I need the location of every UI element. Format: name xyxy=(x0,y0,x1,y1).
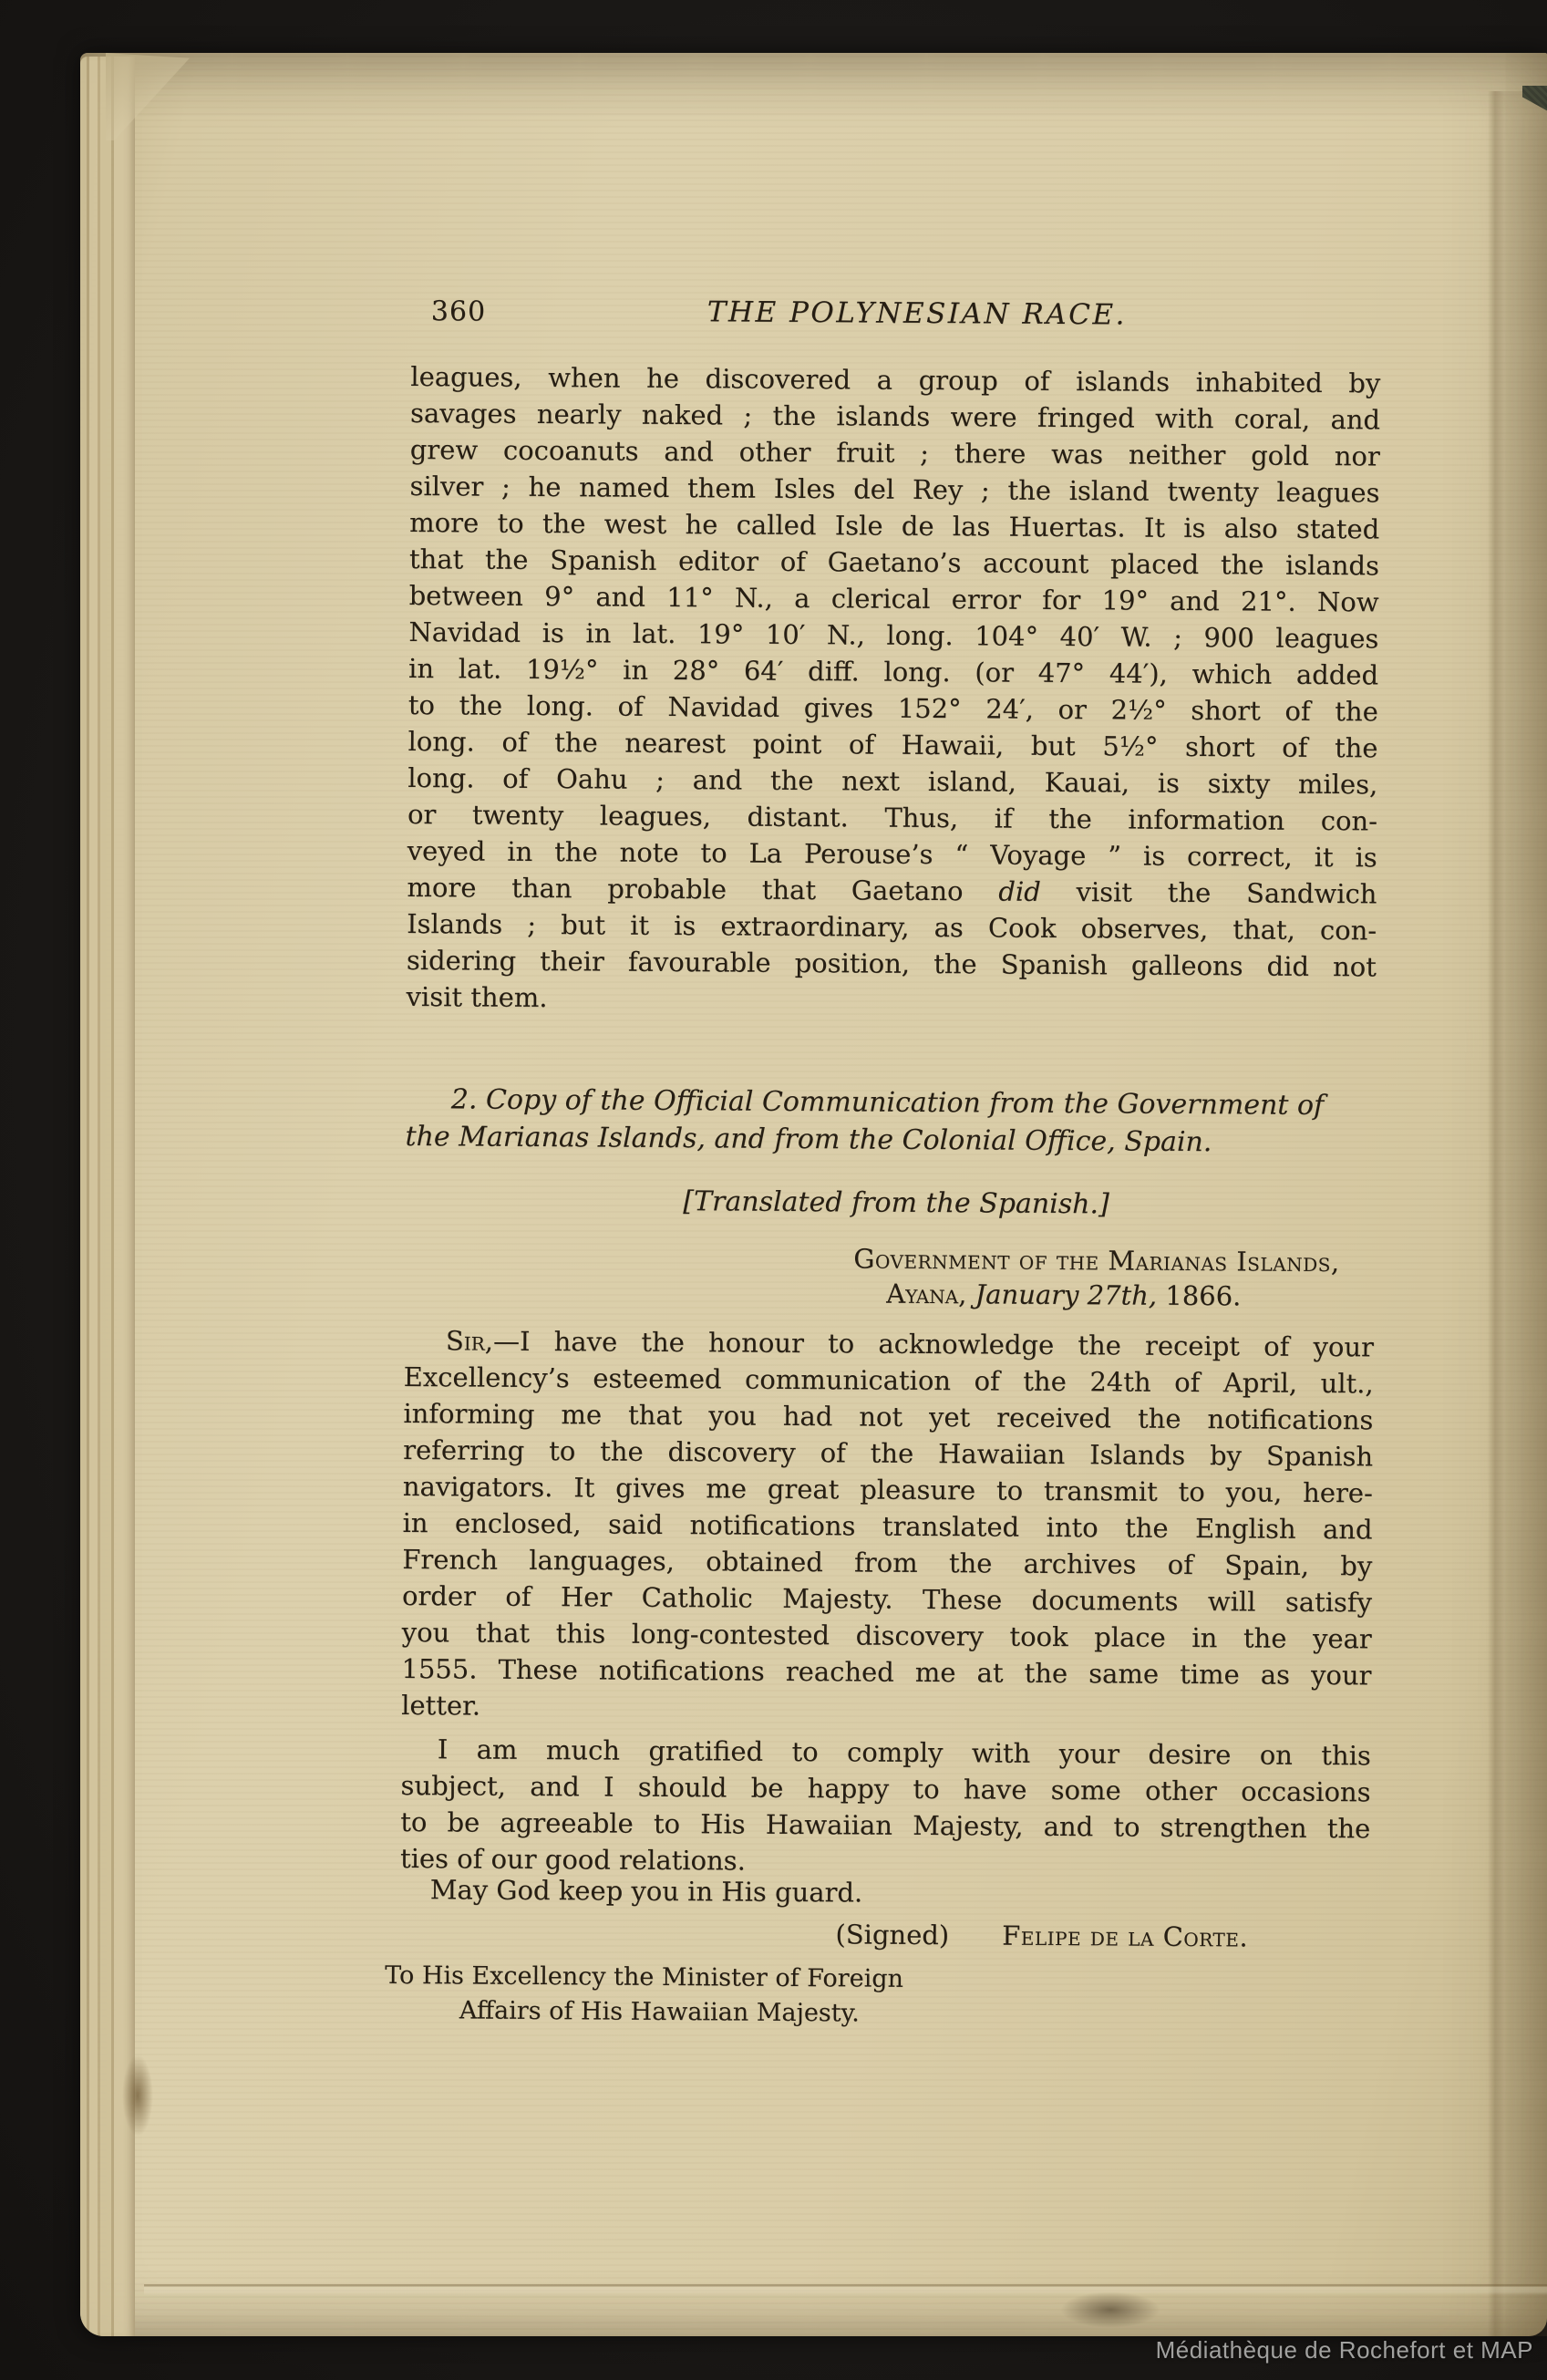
section-heading-line: the Marianas Islands, and from the Colon… xyxy=(405,1118,1375,1162)
text-line: visit them. xyxy=(406,978,1376,1021)
page-stain xyxy=(122,2054,153,2137)
letter-paragraph-1: Sir,—I have the honour to acknowledge th… xyxy=(401,1322,1374,1730)
page-fold-right xyxy=(1488,91,1547,2336)
text-line: letter. xyxy=(401,1687,1371,1730)
page-header: 360 THE POLYNESIAN RACE. xyxy=(411,294,1381,342)
section-heading: 2. Copy of the Official Communication fr… xyxy=(405,1081,1376,1162)
address-line: Affairs of His Hawaiian Majesty. xyxy=(399,1993,1369,2034)
text-line: sidering their favourable position, the … xyxy=(407,942,1377,985)
emphasized-word: did xyxy=(998,876,1041,907)
paragraph-gaetano: leagues, when he discovered a group of i… xyxy=(406,358,1380,1021)
paragraph-lines: subject, and I should be happy to have s… xyxy=(400,1767,1371,1847)
book-page: 360 THE POLYNESIAN RACE. leagues, when h… xyxy=(80,53,1547,2336)
signature-name: Felipe de la Corte. xyxy=(1002,1920,1248,1953)
valediction: May God keep you in His guard. xyxy=(400,1871,1370,1914)
salutation: Sir xyxy=(446,1325,485,1356)
page-text-column: 360 THE POLYNESIAN RACE. leagues, when h… xyxy=(398,294,1381,2087)
letterhead-date: January 27th, xyxy=(975,1278,1158,1310)
paragraph-lines: Excellency’s esteemed communication of t… xyxy=(401,1359,1373,1693)
letterhead-place: Ayana, xyxy=(886,1278,966,1310)
page-corner-fold xyxy=(106,53,190,140)
running-title: THE POLYNESIAN RACE. xyxy=(411,294,1381,333)
paragraph-lines: leagues, when he discovered a group of i… xyxy=(407,358,1381,875)
letter-paragraph-2: I am much gratified to comply with your … xyxy=(400,1731,1371,1883)
signed-label: (Signed) xyxy=(835,1919,949,1951)
page-crease-bottom xyxy=(144,2284,1547,2295)
letterhead-year: 1866. xyxy=(1165,1280,1241,1312)
translated-note: [Translated from the Spanish.] xyxy=(405,1184,1375,1222)
text-line: 1555. These notifications reached me at … xyxy=(401,1650,1371,1693)
signature-row: (Signed)Felipe de la Corte. xyxy=(399,1913,1369,1956)
scanned-book-photo: 360 THE POLYNESIAN RACE. leagues, when h… xyxy=(0,0,1547,2380)
letterhead-dateline: Ayana, January 27th, 1866. xyxy=(404,1273,1374,1314)
paragraph-lines: Islands ; but it is extraordinary, as Co… xyxy=(407,905,1377,985)
page-edge-stack xyxy=(80,57,135,2336)
watermark: Médiathèque de Rochefort et MAP xyxy=(1156,2336,1533,2364)
letterhead: Government of the Marianas Islands, Ayan… xyxy=(404,1238,1375,1314)
line-rest: ,—I have the honour to acknowledge the r… xyxy=(485,1326,1374,1363)
line-post: visit the Sandwich xyxy=(1041,876,1377,910)
address-block: To His Excellency the Minister of Foreig… xyxy=(399,1959,1370,2034)
page-stain xyxy=(1060,2292,1160,2328)
line-pre: more than probable that Gaetano xyxy=(407,872,998,907)
